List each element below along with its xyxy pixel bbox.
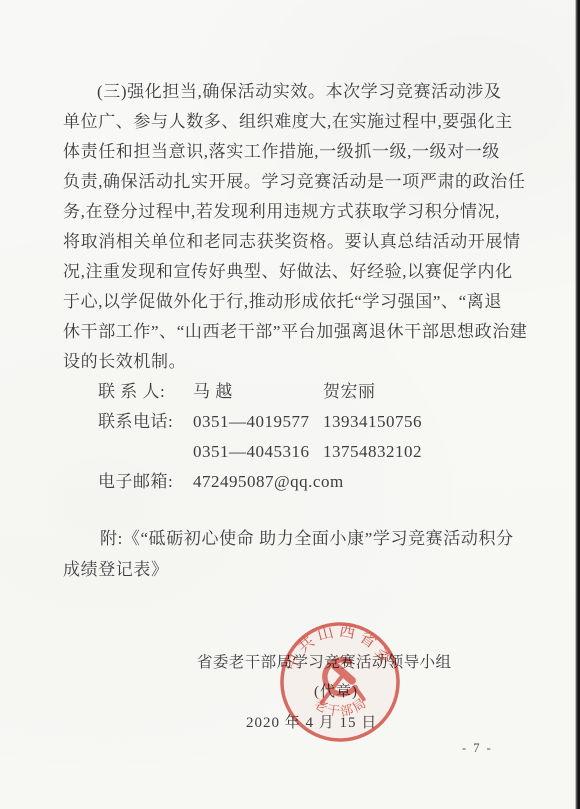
contact-phone-1: 0351—4019577 [193, 407, 310, 437]
paragraph-line: 况,注重发现和宣传好典型、好做法、好经验,以赛促学内化 [63, 257, 521, 287]
contact-row-person: 联 系 人: 马 越 贺宏丽 [63, 377, 521, 407]
paragraph-line: 设的长效机制。 [63, 347, 521, 377]
contact-row-phone-1: 联系电话: 0351—4019577 13934150756 [63, 407, 521, 437]
contact-label-person: 联 系 人: [98, 377, 165, 407]
contact-block: 联 系 人: 马 越 贺宏丽 联系电话: 0351—4019577 139341… [63, 377, 521, 497]
attachment-note: 附:《“砥砺初心使命 助力全面小康”学习竞赛活动积分 成绩登记表》 [63, 523, 533, 585]
contact-email-value: 472495087@qq.com [193, 467, 344, 497]
body-paragraph: (三)强化担当,确保活动实效。本次学习竞赛活动涉及 单位广、参与人数多、组织难度… [63, 77, 521, 377]
scan-edge [575, 0, 580, 809]
paragraph-line: 负责,确保活动扎实开展。学习竞赛活动是一项严肃的政治任 [63, 167, 521, 197]
page-number: - 7 - [462, 741, 493, 756]
attachment-line: 附:《“砥砺初心使命 助力全面小康”学习竞赛活动积分 [63, 523, 533, 554]
paragraph-line: 于心,以学促做外化于行,推动形成依托“学习强国”、“离退 [63, 287, 521, 317]
contact-person-2: 贺宏丽 [323, 377, 376, 407]
paragraph-line: 休干部工作”、“山西老干部”平台加强离退休干部思想政治建 [63, 317, 521, 347]
paragraph-line: (三)强化担当,确保活动实效。本次学习竞赛活动涉及 [63, 77, 521, 107]
official-seal: 中共山西省委 老干部局 [274, 616, 406, 748]
contact-phone-2: 0351—4045316 [193, 437, 310, 467]
paragraph-line: 将取消相关单位和老同志获奖资格。要认真总结活动开展情 [63, 227, 521, 257]
document-page: (三)强化担当,确保活动实效。本次学习竞赛活动涉及 单位广、参与人数多、组织难度… [0, 0, 580, 809]
attachment-line: 成绩登记表》 [63, 554, 533, 585]
contact-row-phone-2: 0351—4045316 13754832102 [63, 437, 521, 467]
contact-person-1: 马 越 [193, 377, 233, 407]
contact-mobile-1: 13934150756 [323, 407, 422, 437]
contact-label-email: 电子邮箱: [98, 467, 173, 497]
contact-row-email: 电子邮箱: 472495087@qq.com [63, 467, 521, 497]
paragraph-line: 体责任和担当意识,落实工作措施,一级抓一级,一级对一级 [63, 137, 521, 167]
contact-label-phone: 联系电话: [98, 407, 173, 437]
contact-mobile-2: 13754832102 [323, 437, 422, 467]
paragraph-line: 单位广、参与人数多、组织难度大,在实施过程中,要强化主 [63, 107, 521, 137]
paragraph-line: 务,在登分过程中,若发现利用违规方式获取学习积分情况, [63, 197, 521, 227]
